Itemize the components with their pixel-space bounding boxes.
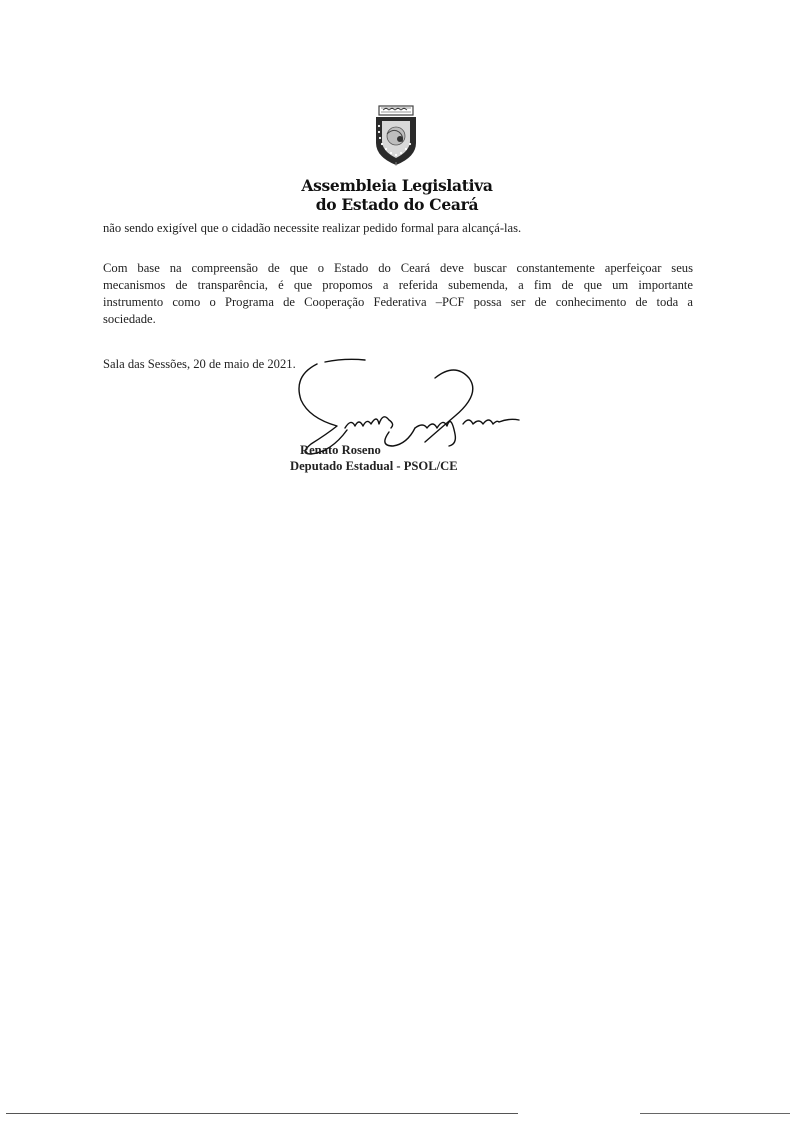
paragraph-2-line: sociedade. — [103, 311, 693, 328]
paragraph-1: não sendo exigível que o cidadão necessi… — [103, 220, 693, 237]
paragraph-2: Com base na compreensão de que o Estado … — [103, 260, 693, 328]
institution-name-line2: do Estado do Ceará — [0, 195, 794, 214]
institution-name-line1: Assembleia Legislativa — [0, 176, 794, 195]
signer-role: Deputado Estadual - PSOL/CE — [290, 459, 458, 474]
paragraph-2-line: Com base na compreensão de que o Estado … — [103, 260, 693, 277]
footer-divider — [6, 1113, 518, 1114]
footer-divider-right — [640, 1113, 790, 1114]
place-and-date: Sala das Sessões, 20 de maio de 2021. — [103, 357, 296, 372]
paragraph-2-line: instrumento como o Programa de Cooperaçã… — [103, 294, 693, 311]
signer-name: Renato Roseno — [300, 443, 381, 458]
coat-of-arms-icon — [362, 104, 430, 168]
paragraph-2-line: mecanismos de transparência, é que propo… — [103, 277, 693, 294]
